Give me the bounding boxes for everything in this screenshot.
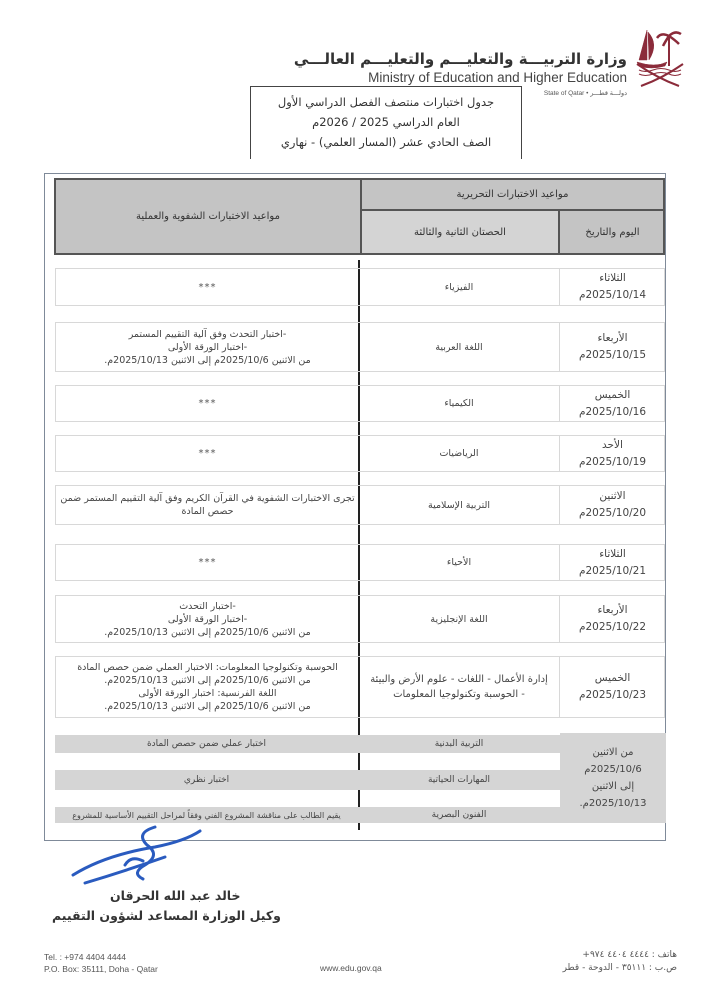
signatory-name: خالد عبد الله الحرقان [110, 888, 241, 903]
qatar-emblem-icon [635, 26, 685, 88]
table-row: *** الأحياء الثلاثاء2025/10/21م [55, 544, 665, 581]
header-written: مواعيد الاختبارات التحريرية [362, 180, 663, 211]
oral-cell: *** [56, 386, 359, 421]
ministry-name-arabic: وزارة التربيـــة والتعليـــم والتعليـــم… [294, 50, 627, 68]
header-oral-practical: مواعيد الاختبارات الشفوية والعملية [56, 180, 360, 253]
signature-icon [65, 825, 205, 890]
oral-cell: اختبار عملي ضمن حصص المادة [55, 735, 358, 753]
document-title-box: جدول اختبارات منتصف الفصل الدراسي الأول … [250, 86, 522, 159]
title-line-3: الصف الحادي عشر (المسار العلمي) - نهاري [251, 132, 521, 152]
period-block: من الاثنين 2025/10/6م إلى الاثنين 2025/1… [55, 733, 666, 823]
footer-tel-ar: هاتف : ٤٤٤٤ ٤٤٠٤ ٩٧٤+ [563, 949, 677, 962]
title-line-2: العام الدراسي 2025 / 2026م [251, 112, 521, 132]
subject-cell: اللغة الإنجليزية [359, 596, 559, 642]
period-row: اختبار عملي ضمن حصص المادة التربية البدن… [55, 735, 560, 753]
signatory-title: وكيل الوزارة المساعد لشؤون التقييم [52, 908, 281, 923]
oral-cell: *** [56, 436, 359, 471]
date-cell: الأربعاء2025/10/15م [559, 323, 665, 371]
footer-contact-arabic: هاتف : ٤٤٤٤ ٤٤٠٤ ٩٧٤+ ص.ب : ٣٥١١١ - الدو… [563, 949, 677, 975]
oral-cell: *** [56, 545, 359, 580]
table-row: تجرى الاختبارات الشفوية في القرآن الكريم… [55, 485, 665, 525]
footer-tel: Tel. : +974 4404 4444 [44, 951, 158, 963]
table-row: *** الرياضيات الأحد2025/10/19م [55, 435, 665, 472]
date-cell: الخميس2025/10/16م [559, 386, 665, 421]
subject-cell: اللغة العربية [359, 323, 559, 371]
date-cell: الثلاثاء2025/10/21م [559, 545, 665, 580]
oral-cell: الحوسبة وتكنولوجيا المعلومات: الاختبار ا… [56, 657, 359, 717]
subject-cell: الرياضيات [359, 436, 559, 471]
subject-cell: التربية الإسلامية [359, 486, 559, 524]
footer-pobox-ar: ص.ب : ٣٥١١١ - الدوحة - قطر [563, 962, 677, 975]
subject-cell: التربية البدنية [358, 735, 560, 753]
state-label: State of Qatar • دولـــة قطـــر [544, 89, 627, 97]
header-periods: الحصتان الثانية والثالثة [362, 211, 560, 253]
table-header: مواعيد الاختبارات الشفوية والعملية مواعي… [54, 178, 665, 255]
date-cell: الاثنين2025/10/20م [559, 486, 665, 524]
subject-cell: الفيزياء [359, 269, 559, 305]
oral-cell: -اختبار التحدث وفق آلية التقييم المستمر-… [56, 323, 359, 371]
oral-cell: *** [56, 269, 359, 305]
subject-cell: إدارة الأعمال - اللغات - علوم الأرض والب… [359, 657, 559, 717]
subject-cell: الكيمياء [359, 386, 559, 421]
period-date-range: من الاثنين 2025/10/6م إلى الاثنين 2025/1… [560, 733, 666, 823]
subject-cell: المهارات الحياتية [358, 770, 560, 790]
table-row: *** الكيمياء الخميس2025/10/16م [55, 385, 665, 422]
title-line-1: جدول اختبارات منتصف الفصل الدراسي الأول [251, 92, 521, 112]
subject-cell: الفنون البصرية [358, 807, 560, 823]
ministry-name-english: Ministry of Education and Higher Educati… [368, 70, 627, 85]
oral-cell: يقيم الطالب على مناقشة المشروع الفني وفق… [55, 807, 358, 823]
table-row: الحوسبة وتكنولوجيا المعلومات: الاختبار ا… [55, 656, 665, 718]
date-cell: الأحد2025/10/19م [559, 436, 665, 471]
table-row: -اختبار التحدث-اختبار الورقة الأولىمن ال… [55, 595, 665, 643]
header-day-date: اليوم والتاريخ [560, 211, 665, 253]
subject-cell: الأحياء [359, 545, 559, 580]
header-written-group: مواعيد الاختبارات التحريرية الحصتان الثا… [360, 180, 663, 253]
table-row: *** الفيزياء الثلاثاء2025/10/14م [55, 268, 665, 306]
oral-cell: -اختبار التحدث-اختبار الورقة الأولىمن ال… [56, 596, 359, 642]
period-row: يقيم الطالب على مناقشة المشروع الفني وفق… [55, 807, 560, 823]
footer-website-link[interactable]: www.edu.gov.qa [320, 963, 382, 973]
date-cell: الأربعاء2025/10/22م [559, 596, 665, 642]
oral-cell: اختبار نظري [55, 770, 358, 790]
footer-pobox: P.O. Box: 35111, Doha - Qatar [44, 963, 158, 975]
period-row: اختبار نظري المهارات الحياتية [55, 770, 560, 790]
footer-contact-english: Tel. : +974 4404 4444 P.O. Box: 35111, D… [44, 951, 158, 975]
date-cell: الخميس2025/10/23م [559, 657, 665, 717]
oral-cell: تجرى الاختبارات الشفوية في القرآن الكريم… [56, 486, 359, 524]
table-row: -اختبار التحدث وفق آلية التقييم المستمر-… [55, 322, 665, 372]
date-cell: الثلاثاء2025/10/14م [559, 269, 665, 305]
